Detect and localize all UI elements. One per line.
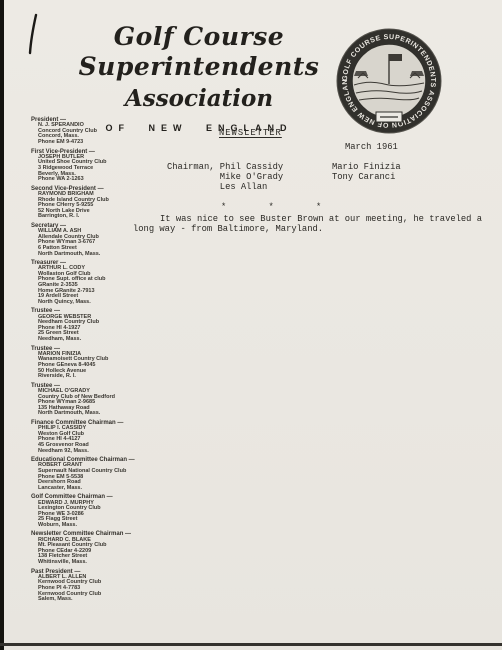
officer-entry: Trustee — MICHAEL O'GRADY Country Club o… — [31, 383, 127, 417]
officer-entry: Second Vice-President — RAYMOND BRIGHAM … — [31, 186, 127, 220]
officer-entry: Trustee — GEORGE WEBSTER Needham Country… — [31, 308, 127, 342]
newsletter-date: March 1961 — [345, 142, 499, 152]
officer-details: MARION FINIZIA Wanamoisett Country Club … — [31, 352, 127, 380]
committee-column-right: Mario Finizia Tony Caranci — [332, 162, 401, 193]
officer-entry: Treasurer — ARTHUR L. CODY Wollaston Gol… — [31, 260, 127, 305]
seal-flag — [389, 54, 402, 61]
scan-edge-bottom — [0, 643, 502, 646]
asterisk-separator: * * * — [221, 202, 499, 212]
officer-entry: President — N. J. SPERANDIO Concord Coun… — [31, 117, 127, 146]
officer-details: WILLIAM A. ASH Allendale Country Club Ph… — [31, 229, 127, 257]
officer-entry: Secretary — WILLIAM A. ASH Allendale Cou… — [31, 223, 127, 257]
org-name-line1: Golf Course Superintendents — [58, 22, 340, 82]
officer-details: N. J. SPERANDIO Concord Country Club Con… — [31, 123, 127, 145]
officer-details: ROBERT GRANT Supernault National Country… — [31, 463, 127, 491]
scan-edge-left — [0, 0, 4, 650]
officer-entry: Educational Committee Chairman — ROBERT … — [31, 457, 127, 491]
officer-details: ARTHUR L. CODY Wollaston Golf Club Phone… — [31, 266, 127, 305]
handwritten-mark — [20, 12, 50, 57]
officer-details: GEORGE WEBSTER Needham Country Club Phon… — [31, 315, 127, 343]
officer-entry: Trustee — MARION FINIZIA Wanamoisett Cou… — [31, 346, 127, 380]
officer-entry: Finance Committee Chairman — PHILIP I. C… — [31, 420, 127, 454]
officer-sidebar: President — N. J. SPERANDIO Concord Coun… — [31, 117, 127, 606]
officer-entry: Newsletter Committee Chairman — RICHARD … — [31, 531, 127, 565]
officer-entry: Golf Committee Chairman — EDWARD J. MURP… — [31, 494, 127, 528]
newsletter-heading: NEWSLETTER — [219, 128, 499, 138]
officer-details: RAYMOND BRIGHAM Rhode Island Country Clu… — [31, 192, 127, 220]
officer-details: ALBERT L. ALLEN Kernwood Country Club Ph… — [31, 575, 127, 603]
officer-details: EDWARD J. MURPHY Lexington Country Club … — [31, 501, 127, 529]
newsletter-page: Golf Course Superintendents Association … — [0, 0, 502, 650]
newsletter-body: NEWSLETTER March 1961 Chairman, Phil Cas… — [133, 128, 499, 244]
committee-column-left: Chairman, Phil Cassidy Mike O'Grady Les … — [167, 162, 332, 193]
officer-entry: First Vice-President — JOSEPH BUTLER Uni… — [31, 149, 127, 183]
officer-details: JOSEPH BUTLER United Shoe Country Club 3… — [31, 155, 127, 183]
officer-entry: Past President — ALBERT L. ALLEN Kernwoo… — [31, 569, 127, 603]
scholarship-committee-list: Chairman, Phil Cassidy Mike O'Grady Les … — [167, 162, 499, 193]
association-seal-icon: GOLF COURSE SUPERINTENDENTS ASSOCIATION … — [334, 26, 444, 136]
officer-details: RICHARD C. BLAKE Mt. Pleasant Country Cl… — [31, 538, 127, 566]
org-name-line2: Association — [58, 85, 340, 112]
officer-details: PHILIP I. CASSIDY Weston Golf Club Phone… — [31, 426, 127, 454]
closing-paragraph: It was nice to see Buster Brown at our m… — [133, 214, 499, 234]
officer-details: MICHAEL O'GRADY Country Club of New Bedf… — [31, 389, 127, 417]
